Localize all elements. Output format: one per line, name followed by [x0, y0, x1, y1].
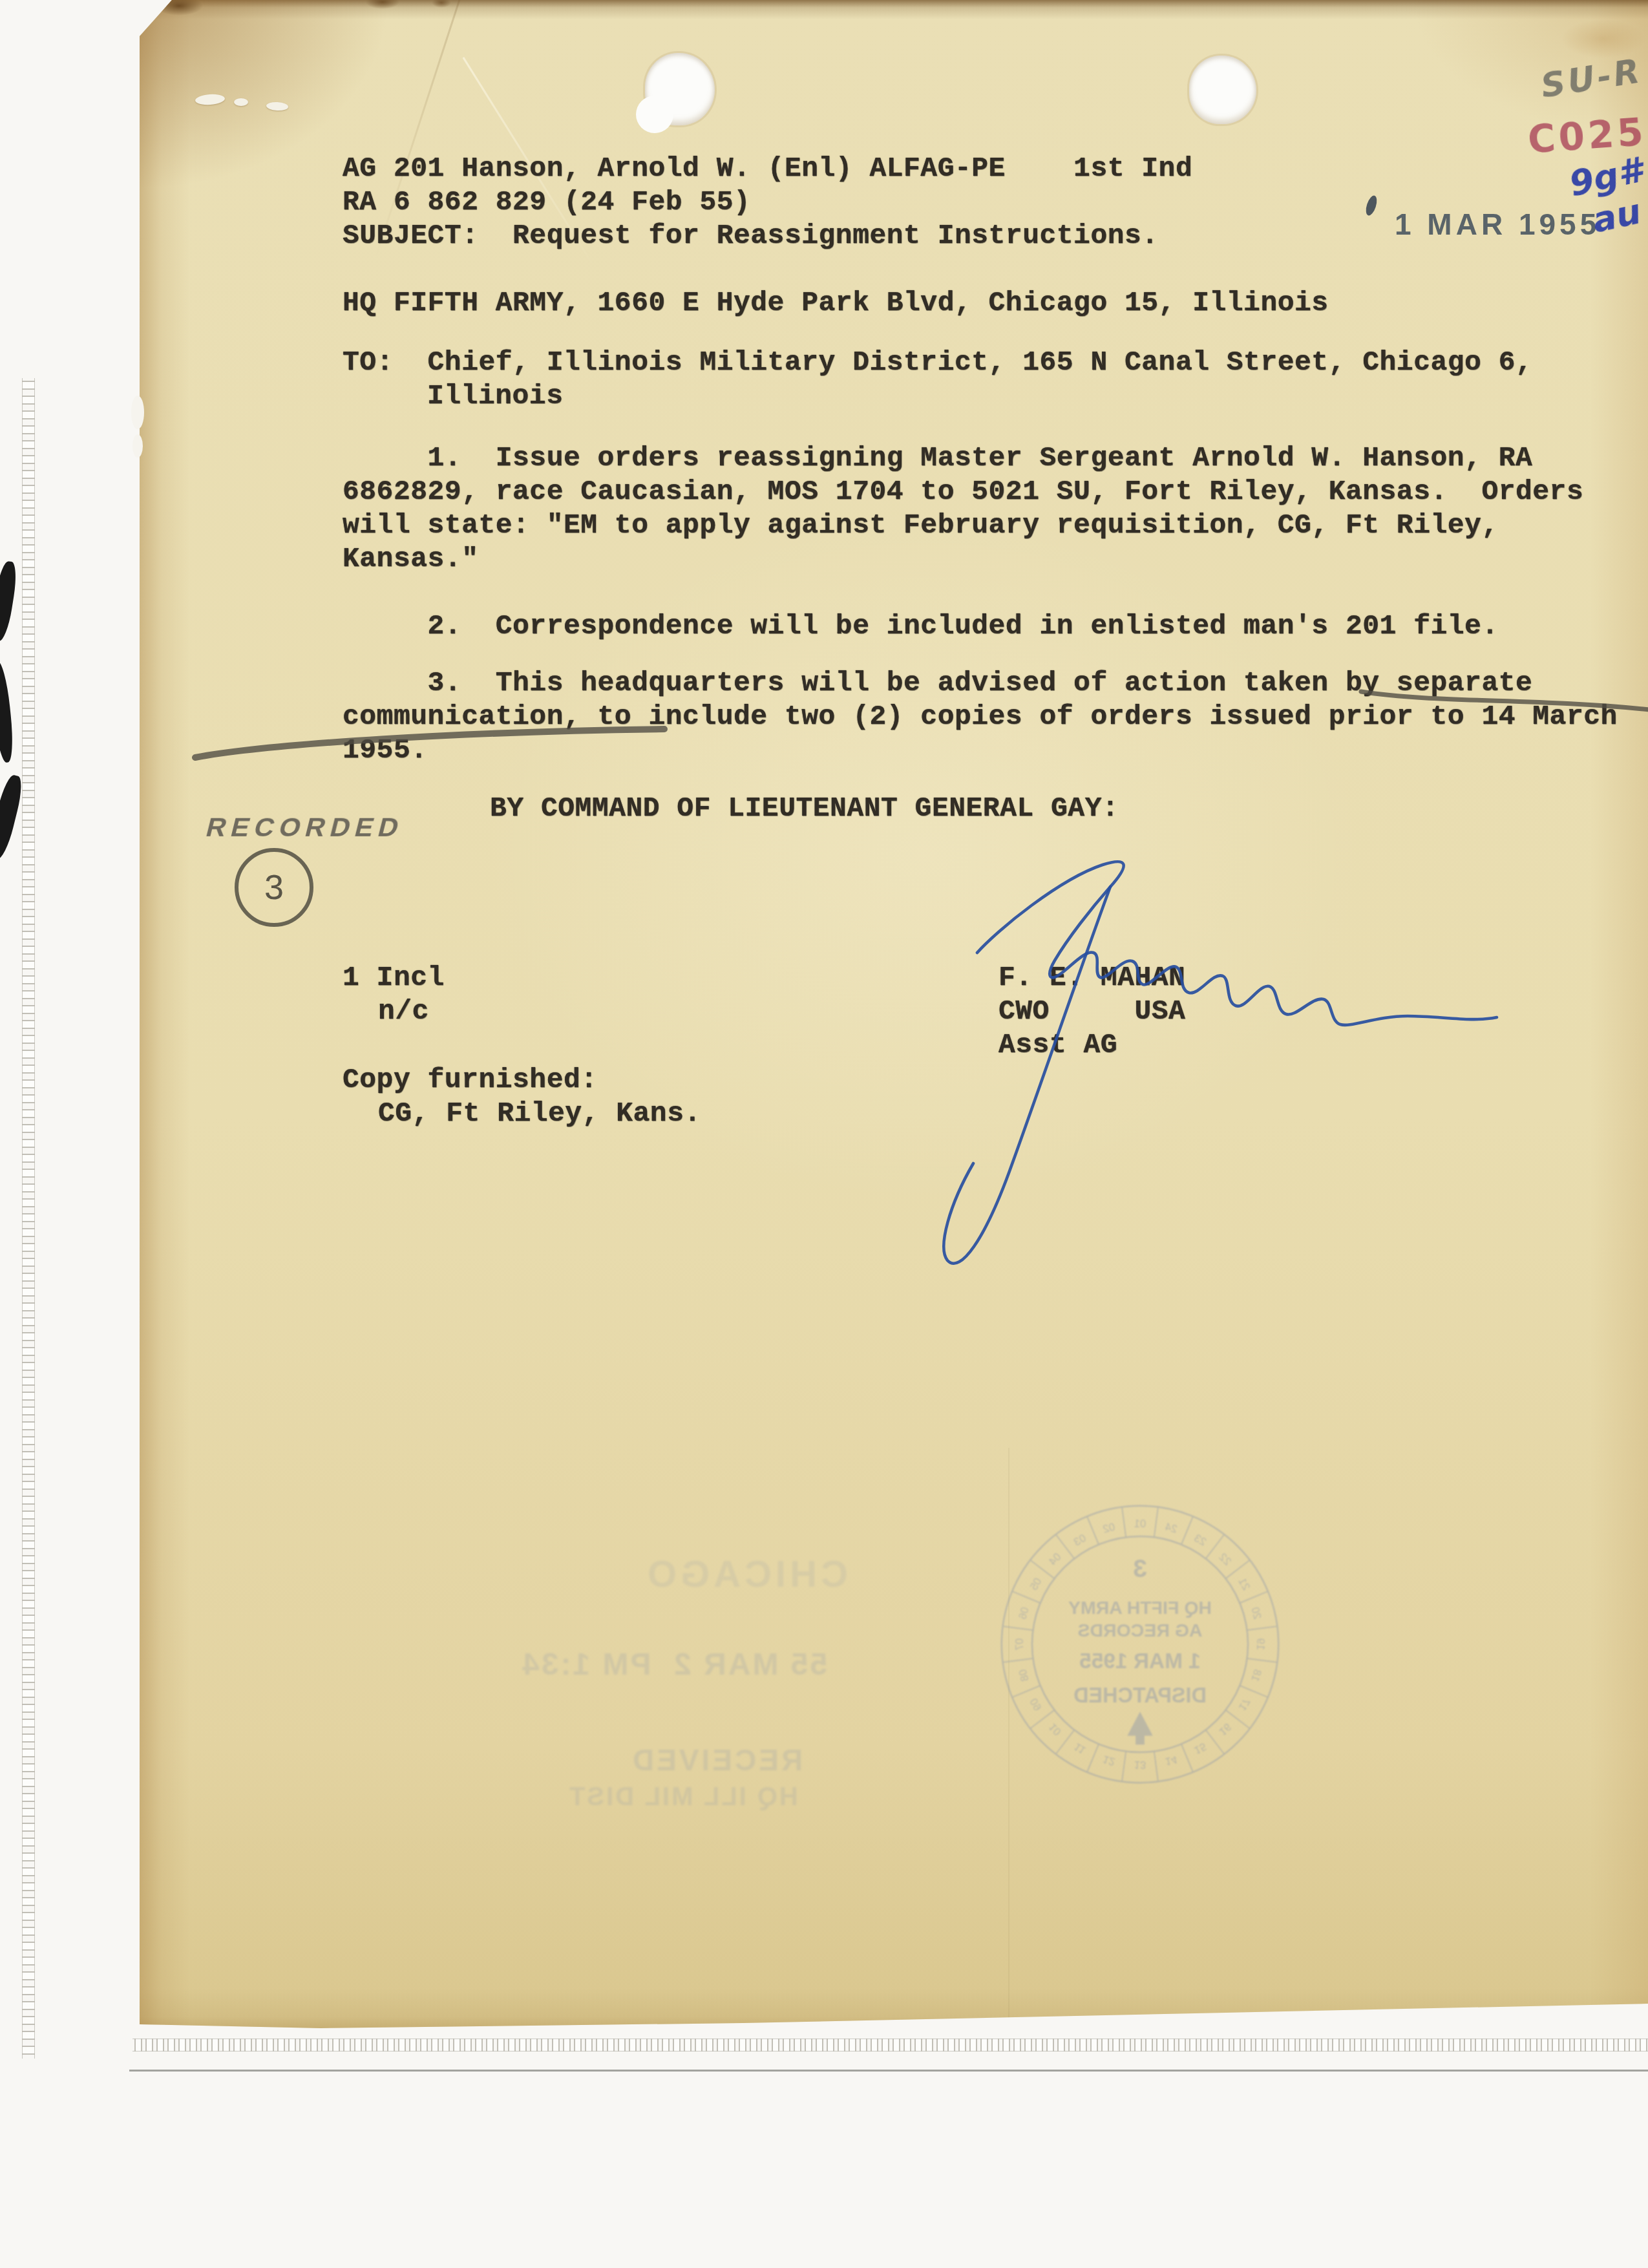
- recorded-stamp: RECORDED: [203, 812, 407, 843]
- dispatch-round-stamp-bleedthrough: 0102030405060708091011121314151617181920…: [994, 1498, 1286, 1790]
- paragraph-1-line-1: 1. Issue orders reassigning Master Serge…: [343, 443, 1532, 472]
- svg-text:07: 07: [1013, 1638, 1026, 1651]
- to-line-1: TO: Chief, Illinois Military District, 1…: [343, 348, 1532, 377]
- marker-writing-edge-fragment: [0, 560, 19, 642]
- edge-stain: [155, 0, 203, 16]
- torn-paper-edge-bit: [132, 434, 143, 458]
- sleeve-perforation-strip-bottom: [132, 2039, 1648, 2051]
- sleeve-bottom-edge-line: [129, 2070, 1648, 2072]
- svg-text:08: 08: [1016, 1668, 1031, 1683]
- paper-tear-spot: [234, 98, 248, 106]
- paragraph-1-line-3: will state: "EM to apply against Februar…: [343, 511, 1499, 540]
- signer-name: F. E. MAHAN: [998, 963, 1185, 992]
- svg-text:16: 16: [1216, 1721, 1234, 1738]
- torn-paper-edge-bit: [131, 396, 144, 429]
- signer-title: Asst AG: [998, 1030, 1117, 1059]
- bleedthrough-org-stamp: HQ ILL MIL DIST: [567, 1783, 798, 1812]
- paragraph-3-line-3: 1955.: [343, 736, 428, 765]
- paragraph-1-line-2: 6862829, race Caucasian, MOS 1704 to 502…: [343, 477, 1583, 506]
- svg-text:20: 20: [1249, 1606, 1263, 1620]
- bleedthrough-received-stamp: RECEIVED: [630, 1743, 803, 1777]
- dispatch-stamp-index: 3: [1133, 1554, 1147, 1583]
- dispatch-stamp-date: 1 MAR 1955: [1079, 1649, 1200, 1673]
- svg-text:02: 02: [1101, 1520, 1116, 1535]
- paragraph-3-line-1: 3. This headquarters will be advised of …: [343, 668, 1532, 697]
- letter-paper: AG 201 Hanson, Arnold W. (Enl) ALFAG-PE …: [140, 0, 1648, 2033]
- svg-text:17: 17: [1236, 1696, 1252, 1713]
- signer-rank-line: CWO USA: [998, 997, 1185, 1026]
- svg-text:12: 12: [1101, 1753, 1116, 1768]
- svg-text:19: 19: [1254, 1638, 1267, 1651]
- svg-text:18: 18: [1249, 1668, 1263, 1683]
- copy-furnished-recipient: CG, Ft Riley, Kans.: [378, 1099, 701, 1128]
- edge-stain: [432, 0, 451, 8]
- dispatch-stamp-org2: AG RECORDS: [1077, 1620, 1202, 1641]
- route-number-text: 3: [264, 867, 284, 907]
- paper-tear-spot: [195, 93, 225, 105]
- svg-text:04: 04: [1046, 1551, 1064, 1568]
- svg-text:03: 03: [1072, 1532, 1088, 1549]
- svg-text:09: 09: [1028, 1696, 1044, 1713]
- received-date-stamp: 1 MAR 1955: [1395, 207, 1600, 242]
- pencil-file-code: SU-R: [1538, 52, 1645, 106]
- circled-route-number: 3: [235, 848, 313, 927]
- dispatch-stamp-arrow-icon: [1127, 1712, 1152, 1744]
- svg-text:10: 10: [1046, 1721, 1064, 1738]
- paragraph-1-line-4: Kansas.": [343, 544, 478, 573]
- bleedthrough-city-text: CHICAGO: [644, 1553, 848, 1596]
- punch-hole: [1189, 56, 1256, 124]
- scanned-document-page: AG 201 Hanson, Arnold W. (Enl) ALFAG-PE …: [0, 0, 1648, 2268]
- paragraph-2-line-1: 2. Correspondence will be included in en…: [343, 611, 1499, 641]
- svg-text:24: 24: [1164, 1520, 1179, 1535]
- svg-text:06: 06: [1016, 1606, 1031, 1620]
- dispatch-stamp-org1: HQ FIFTH ARMY: [1068, 1598, 1212, 1618]
- svg-text:14: 14: [1164, 1753, 1179, 1768]
- bleedthrough-time-stamp: 55 MAR 2 PM 1:34: [520, 1647, 827, 1682]
- svg-text:13: 13: [1134, 1759, 1146, 1771]
- svg-text:21: 21: [1236, 1576, 1252, 1593]
- header-subject-line: SUBJECT: Request for Reassignment Instru…: [343, 221, 1159, 250]
- svg-text:15: 15: [1192, 1740, 1209, 1757]
- svg-text:05: 05: [1028, 1576, 1044, 1593]
- punch-hole: [645, 53, 715, 125]
- copy-furnished-label: Copy furnished:: [343, 1065, 598, 1094]
- issuing-hq-line: HQ FIFTH ARMY, 1660 E Hyde Park Blvd, Ch…: [343, 288, 1329, 317]
- paragraph-3-line-2: communication, to include two (2) copies…: [343, 702, 1618, 731]
- svg-text:22: 22: [1216, 1551, 1234, 1568]
- enclosure-nc: n/c: [378, 997, 429, 1026]
- dispatch-stamp-action: DISPATCHED: [1073, 1684, 1207, 1707]
- by-command-line: BY COMMAND OF LIEUTENANT GENERAL GAY:: [490, 794, 1119, 823]
- paper-tear-spot: [266, 101, 289, 111]
- svg-text:23: 23: [1192, 1532, 1209, 1549]
- edge-stain: [366, 0, 399, 9]
- enclosure-count: 1 Incl: [343, 963, 445, 992]
- to-line-2: Illinois: [427, 381, 563, 410]
- svg-text:11: 11: [1072, 1741, 1088, 1757]
- header-service-number-line: RA 6 862 829 (24 Feb 55): [343, 187, 750, 217]
- marker-writing-edge-fragment: [0, 660, 16, 763]
- header-abstract-line: AG 201 Hanson, Arnold W. (Enl) ALFAG-PE …: [343, 154, 1192, 183]
- svg-text:01: 01: [1134, 1518, 1146, 1530]
- sleeve-perforation-strip-left: [22, 378, 35, 2059]
